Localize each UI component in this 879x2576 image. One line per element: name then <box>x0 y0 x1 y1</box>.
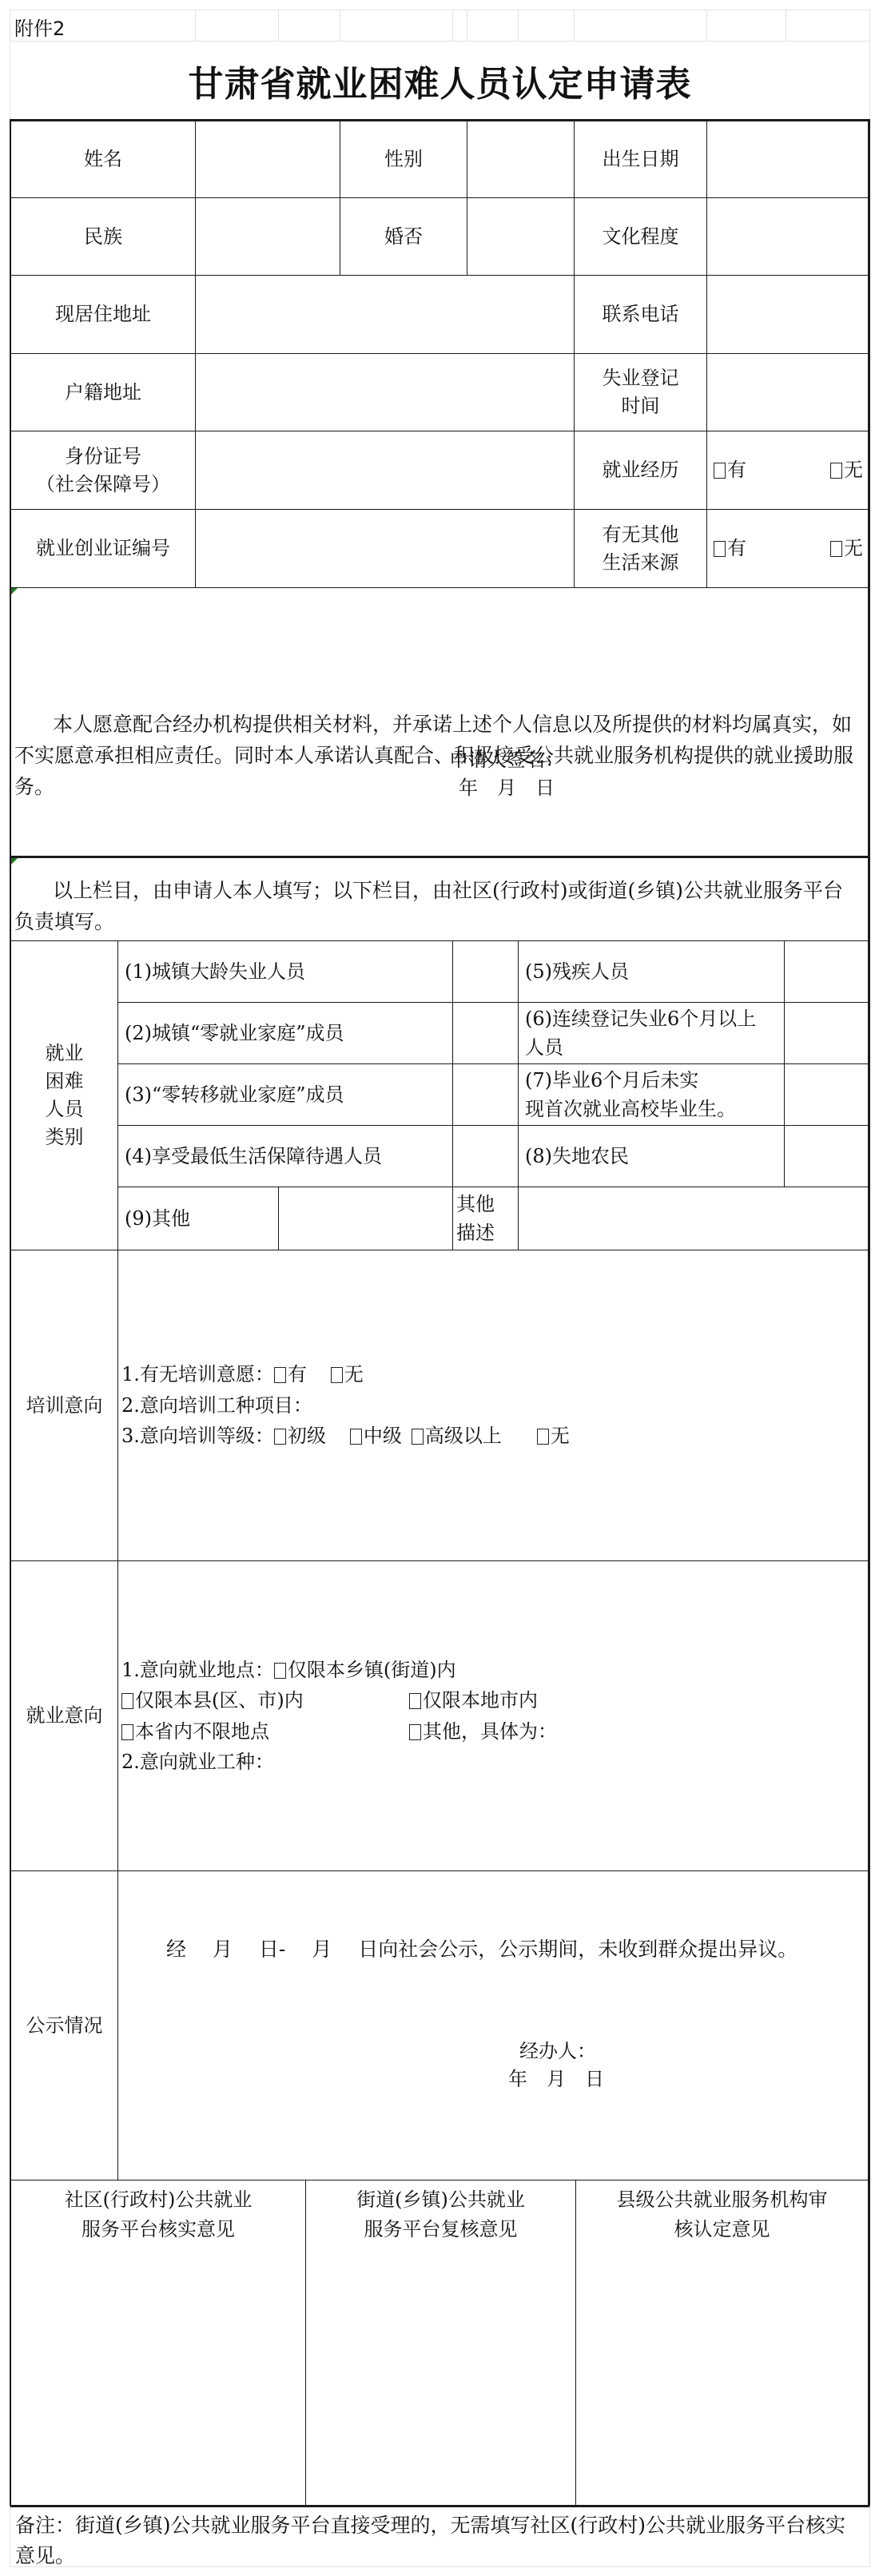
employment-lines: 1.意向就业地点：仅限本乡镇(街道)内 仅限本县(区、市)内仅限本地市内 本省内… <box>121 1655 557 1778</box>
publicity-date: 年 月 日 <box>508 2065 604 2093</box>
opinion-title-line2: 核认定意见 <box>674 2215 770 2244</box>
education-label: 文化程度 <box>574 197 707 276</box>
work-exp-yes-option[interactable]: 有 <box>714 456 746 484</box>
option-no-label: 无 <box>844 459 863 481</box>
checkbox-icon[interactable] <box>274 1663 286 1679</box>
training-yes-option[interactable]: 有 <box>274 1363 307 1385</box>
training-label-text: 培训意向 <box>26 1392 103 1420</box>
phone-label: 联系电话 <box>574 275 707 354</box>
work-exp-options: 有 无 <box>706 431 870 510</box>
option-label: 仅限本地市内 <box>423 1689 538 1711</box>
gridline <box>340 10 340 42</box>
category-item-label: (3)“零转移就业家庭”成员 <box>125 1081 344 1109</box>
work-exp-label: 就业经历 <box>574 431 707 510</box>
training-willingness-label: 1.有无培训意愿： <box>121 1363 274 1385</box>
category-item-label-line1: (7)毕业6个月后未实 <box>525 1066 698 1095</box>
gender-label-text: 性别 <box>384 145 423 173</box>
remark-text: 备注：街道(乡镇)公共就业服务平台直接受理的，无需填写社区(行政村)公共就业服务… <box>15 2510 858 2570</box>
employment-location: 1.意向就业地点：仅限本乡镇(街道)内 <box>121 1655 557 1685</box>
category-item-3: (3)“零转移就业家庭”成员 <box>117 1063 453 1126</box>
gridline <box>706 10 707 42</box>
birth-label: 出生日期 <box>574 119 707 198</box>
ethnicity-label: 民族 <box>10 197 196 276</box>
birth-field[interactable] <box>706 119 870 198</box>
applicant-signature-label: 申请人签名： <box>449 746 564 774</box>
declaration-text: 本人愿意配合经办机构提供相关材料，并承诺上述个人信息以及所提供的材料均属真实，如… <box>14 710 857 802</box>
option-label: 仅限本乡镇(街道)内 <box>288 1659 456 1681</box>
opinion-county[interactable]: 县级公共就业服务机构审 核认定意见 <box>575 2180 870 2506</box>
cert-field[interactable] <box>195 509 575 588</box>
training-level-label: 3.意向培训等级： <box>121 1425 274 1447</box>
category-item-1: (1)城镇大龄失业人员 <box>117 940 453 1003</box>
income-label-line2: 生活来源 <box>603 549 679 577</box>
category-item-9: (9)其他 <box>117 1187 279 1250</box>
checkbox-icon[interactable] <box>830 463 842 479</box>
other-desc-line2: 描述 <box>456 1218 495 1247</box>
publicity-label: 公示情况 <box>10 1870 118 2180</box>
option-label: 有 <box>288 1363 307 1385</box>
employment-label-text: 就业意向 <box>26 1702 103 1730</box>
opinion-community[interactable]: 社区(行政村)公共就业 服务平台核实意见 <box>10 2180 306 2506</box>
category-item-5: (5)残疾人员 <box>518 940 785 1003</box>
category-item-label: (1)城镇大龄失业人员 <box>125 958 305 986</box>
marital-label: 婚否 <box>340 197 467 276</box>
option-yes-label: 有 <box>727 537 746 559</box>
phone-field[interactable] <box>706 275 870 354</box>
title-row: 甘肃省就业困难人员认定申请表 <box>10 42 870 120</box>
category-check-4[interactable] <box>452 1125 519 1187</box>
training-willingness: 1.有无培训意愿：有无 <box>121 1359 570 1389</box>
category-item-4: (4)享受最低生活保障待遇人员 <box>117 1125 453 1187</box>
category-item-label: (5)残疾人员 <box>525 958 629 986</box>
training-level: 3.意向培训等级：初级中级高级以上无 <box>121 1421 570 1451</box>
category-header-line: 类别 <box>46 1123 84 1151</box>
income-yes-option[interactable]: 有 <box>714 535 746 563</box>
category-item-label: (2)城镇“零就业家庭”成员 <box>125 1020 344 1047</box>
option-label: 无 <box>551 1425 570 1447</box>
unemp-reg-field[interactable] <box>706 353 870 431</box>
option-label: 中级 <box>364 1425 402 1447</box>
employment-content: 1.意向就业地点：仅限本乡镇(街道)内 仅限本县(区、市)内仅限本地市内 本省内… <box>117 1560 870 1871</box>
opinion-title-line2: 服务平台核实意见 <box>82 2215 235 2244</box>
gridline <box>467 10 467 42</box>
income-options: 有 无 <box>706 509 870 588</box>
ethnicity-label-text: 民族 <box>84 223 122 251</box>
location-option-province[interactable]: 本省内不限地点 <box>121 1716 409 1747</box>
category-header-line: 就业 <box>46 1040 84 1067</box>
cell-marker-icon <box>11 588 18 594</box>
location-option-town[interactable]: 仅限本乡镇(街道)内 <box>274 1659 456 1681</box>
page-title: 甘肃省就业困难人员认定申请表 <box>189 55 692 106</box>
checkbox-icon[interactable] <box>350 1429 362 1445</box>
option-label: 高级以上 <box>425 1425 502 1447</box>
opinion-title-line2: 服务平台复核意见 <box>364 2215 518 2244</box>
remark-row: 备注：街道(乡镇)公共就业服务平台直接受理的，无需填写社区(行政村)公共就业服务… <box>10 2505 870 2567</box>
checkbox-icon[interactable] <box>274 1367 286 1383</box>
option-label: 仅限本县(区、市)内 <box>135 1689 304 1711</box>
gridline <box>518 10 519 42</box>
level-option-advanced[interactable]: 高级以上 <box>412 1425 502 1447</box>
category-check-1[interactable] <box>452 940 519 1003</box>
income-no-option[interactable]: 无 <box>830 535 863 563</box>
gridline <box>786 10 786 42</box>
other-desc-field[interactable] <box>518 1187 870 1250</box>
training-content: 1.有无培训意愿：有无 2.意向培训工种项目： 3.意向培训等级：初级中级高级以… <box>117 1250 870 1561</box>
checkbox-icon[interactable] <box>714 541 726 557</box>
other-desc-label: 其他 描述 <box>452 1187 519 1250</box>
opinion-street[interactable]: 街道(乡镇)公共就业 服务平台复核意见 <box>305 2180 576 2506</box>
cert-label: 就业创业证编号 <box>10 509 196 588</box>
checkbox-icon[interactable] <box>121 1724 133 1740</box>
category-item-8: (8)失地农民 <box>518 1125 785 1187</box>
gridline <box>278 10 279 42</box>
marital-label-text: 婚否 <box>384 223 423 251</box>
category-item-6: (6)连续登记失业6个月以上人员 <box>518 1002 785 1064</box>
training-label: 培训意向 <box>10 1250 118 1561</box>
address-label-text: 现居住地址 <box>55 300 151 328</box>
other-desc-line1: 其他 <box>456 1190 495 1218</box>
name-label: 姓名 <box>10 119 196 198</box>
birth-label-text: 出生日期 <box>603 145 679 173</box>
option-yes-label: 有 <box>727 459 746 481</box>
category-item-label: (6)连续登记失业6个月以上人员 <box>525 1004 765 1062</box>
unemp-reg-label-line1: 失业登记 <box>603 364 679 392</box>
location-option-county[interactable]: 仅限本县(区、市)内 <box>121 1685 409 1715</box>
publicity-label-text: 公示情况 <box>26 2012 103 2040</box>
checkbox-icon[interactable] <box>537 1429 549 1445</box>
checkbox-icon[interactable] <box>409 1693 421 1709</box>
training-lines: 1.有无培训意愿：有无 2.意向培训工种项目： 3.意向培训等级：初级中级高级以… <box>121 1359 570 1451</box>
publicity-content: 经 月 日- 月 日向社会公示，公示期间，未收到群众提出异议。 经办人： 年 月… <box>117 1870 870 2180</box>
checkbox-icon[interactable] <box>412 1429 424 1445</box>
employment-location-label: 1.意向就业地点： <box>121 1659 274 1681</box>
education-label-text: 文化程度 <box>603 223 679 251</box>
opinion-title-line1: 社区(行政村)公共就业 <box>65 2185 253 2215</box>
publicity-text: 经 月 日- 月 日向社会公示，公示期间，未收到群众提出异议。 <box>166 1935 797 1964</box>
handler-label: 经办人： <box>519 2037 596 2065</box>
category-check-3[interactable] <box>452 1063 519 1126</box>
category-header-line: 人员 <box>46 1095 84 1123</box>
level-option-none[interactable]: 无 <box>537 1425 570 1447</box>
category-check-2[interactable] <box>452 1002 519 1064</box>
address-field[interactable] <box>195 275 575 354</box>
option-label: 初级 <box>288 1425 326 1447</box>
cell-marker-icon <box>11 858 18 865</box>
education-field[interactable] <box>706 197 870 276</box>
name-field[interactable] <box>195 119 340 198</box>
option-no-label: 无 <box>844 537 863 559</box>
phone-label-text: 联系电话 <box>603 300 679 328</box>
id-label: 身份证号 （社会保障号） <box>10 431 196 510</box>
income-label-line1: 有无其他 <box>603 521 679 549</box>
category-header-line: 困难 <box>46 1067 84 1095</box>
location-option-other[interactable]: 其他，具体为： <box>409 1720 557 1743</box>
household-label-text: 户籍地址 <box>65 379 141 407</box>
unemp-reg-label: 失业登记 时间 <box>574 353 707 431</box>
category-item-2: (2)城镇“零就业家庭”成员 <box>117 1002 453 1064</box>
work-exp-label-text: 就业经历 <box>603 456 679 484</box>
declaration-block: 本人愿意配合经办机构提供相关材料，并承诺上述个人信息以及所提供的材料均属真实，如… <box>10 587 870 857</box>
category-check-5[interactable] <box>784 940 870 1003</box>
option-label: 本省内不限地点 <box>135 1720 269 1743</box>
cert-label-text: 就业创业证编号 <box>36 535 170 563</box>
id-field[interactable] <box>195 431 575 510</box>
level-option-primary[interactable]: 初级 <box>274 1425 326 1447</box>
checkbox-icon[interactable] <box>714 463 726 479</box>
household-field[interactable] <box>195 353 575 431</box>
instruction-block: 以上栏目，由申请人本人填写；以下栏目，由社区(行政村)或街道(乡镇)公共就业服务… <box>10 856 870 941</box>
checkbox-icon[interactable] <box>121 1693 133 1709</box>
training-no-option[interactable]: 无 <box>331 1363 364 1385</box>
address-label: 现居住地址 <box>10 275 196 354</box>
category-item-label: (4)享受最低生活保障待遇人员 <box>125 1143 382 1171</box>
training-type: 2.意向培训工种项目： <box>121 1390 570 1421</box>
checkbox-icon[interactable] <box>331 1367 343 1383</box>
category-check-9[interactable] <box>278 1187 453 1250</box>
declaration-date: 年 月 日 <box>459 774 555 802</box>
location-option-city[interactable]: 仅限本地市内 <box>409 1689 538 1711</box>
household-label: 户籍地址 <box>10 353 196 431</box>
gender-label: 性别 <box>340 119 467 198</box>
opinion-title-line1: 街道(乡镇)公共就业 <box>356 2185 525 2215</box>
category-header: 就业 困难 人员 类别 <box>10 940 118 1250</box>
checkbox-icon[interactable] <box>274 1429 286 1445</box>
employment-location-row3: 本省内不限地点其他，具体为： <box>121 1716 557 1747</box>
option-label: 其他，具体为： <box>423 1720 557 1743</box>
instruction-text: 以上栏目，由申请人本人填写；以下栏目，由社区(行政村)或街道(乡镇)公共就业服务… <box>14 876 857 938</box>
opinion-title-line1: 县级公共就业服务机构审 <box>617 2185 828 2215</box>
ethnicity-field[interactable] <box>195 197 340 276</box>
category-check-8[interactable] <box>784 1125 870 1187</box>
name-label-text: 姓名 <box>84 145 122 173</box>
category-item-label-line2: 现首次就业高校毕业生。 <box>525 1095 736 1123</box>
category-item-label: (8)失地农民 <box>525 1143 629 1171</box>
employment-location-row2: 仅限本县(区、市)内仅限本地市内 <box>121 1685 557 1715</box>
attachment-label: 附件2 <box>14 13 65 41</box>
category-item-7: (7)毕业6个月后未实 现首次就业高校毕业生。 <box>518 1063 785 1126</box>
employment-label: 就业意向 <box>10 1560 118 1871</box>
option-label: 无 <box>344 1363 364 1385</box>
category-check-6[interactable] <box>784 1002 870 1064</box>
level-option-intermediate[interactable]: 中级 <box>350 1425 402 1447</box>
unemp-reg-label-line2: 时间 <box>622 392 660 420</box>
gridline <box>195 10 196 42</box>
category-item-label: (9)其他 <box>125 1205 190 1233</box>
id-label-line2: （社会保障号） <box>36 471 170 499</box>
gridline <box>452 10 453 42</box>
category-check-7[interactable] <box>784 1063 870 1126</box>
id-label-line1: 身份证号 <box>65 443 141 471</box>
attachment-row <box>10 10 870 42</box>
checkbox-icon[interactable] <box>409 1724 421 1740</box>
gridline <box>574 10 575 42</box>
marital-field[interactable] <box>467 197 575 276</box>
income-label: 有无其他 生活来源 <box>574 509 707 588</box>
checkbox-icon[interactable] <box>830 541 842 557</box>
work-exp-no-option[interactable]: 无 <box>830 456 863 484</box>
gender-field[interactable] <box>467 119 575 198</box>
employment-job-type: 2.意向就业工种： <box>121 1747 557 1777</box>
